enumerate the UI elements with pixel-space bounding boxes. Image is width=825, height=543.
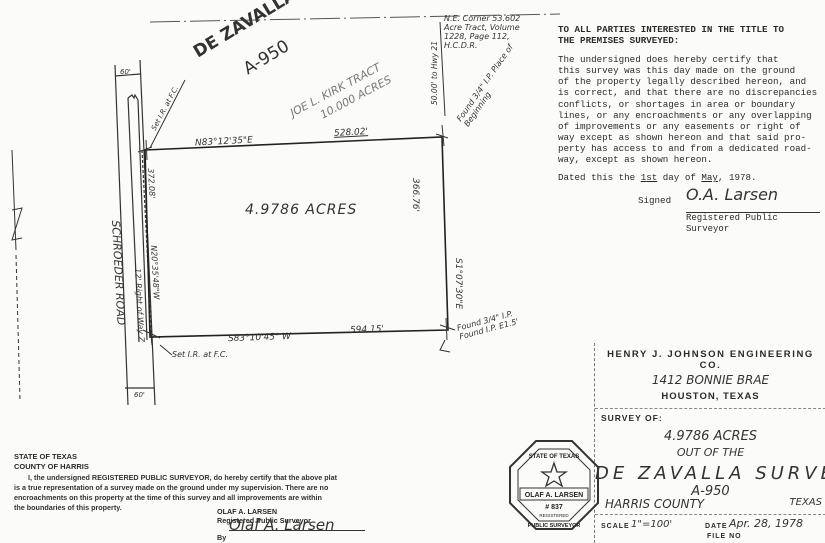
body-line: this survey was this day made on the gro…	[558, 65, 820, 76]
file-label: FILE NO	[707, 533, 742, 540]
sw-corner-note: Set I.R. at F.C.	[172, 350, 228, 359]
ne-note-line: N.E. Corner 53.602	[444, 14, 520, 23]
body-line: way, except as shown hereon.	[558, 154, 820, 165]
body-line: The undersigned does hereby certify that	[558, 54, 820, 65]
west-distance: 372.08'	[146, 168, 157, 199]
surveyor-name: OLAF A. LARSEN	[217, 507, 311, 516]
east-offset-note: 50.00' to Hwy 21	[430, 41, 439, 105]
dated-line: Dated this the 1st day of May, 1978.	[558, 172, 820, 183]
venue-county: COUNTY OF HARRIS	[14, 462, 89, 472]
seal-name: OLAF A. LARSEN	[525, 492, 583, 499]
scale-date-row: SCALE 1"=100' DATE Apr. 28, 1978 FILE NO	[595, 517, 825, 539]
certificate-body: The undersigned does hereby certify that…	[558, 54, 820, 165]
surveyor-seal: OLAF A. LARSEN # 837 STATE OF TEXAS REGI…	[506, 437, 602, 533]
state-name: TEXAS	[790, 497, 822, 508]
venue-state: STATE OF TEXAS	[14, 452, 89, 462]
dated-year: , 1978.	[718, 172, 757, 183]
venue: STATE OF TEXAS COUNTY OF HARRIS	[14, 452, 89, 472]
body-line: perty has access to and from a dedicated…	[558, 143, 820, 154]
body-line: of the property legally described hereon…	[558, 76, 820, 87]
body-line: conflicts, or shortages in area or bound…	[558, 99, 820, 110]
ne-note-line: Acre Tract, Volume	[444, 23, 520, 32]
county-name: HARRIS COUNTY	[605, 497, 704, 511]
firm-city: HOUSTON, TEXAS	[595, 391, 825, 402]
cert-line: I, the undersigned REGISTERED PUBLIC SUR…	[14, 473, 354, 483]
date-label: DATE	[705, 523, 728, 530]
survey-of-label: SURVEY OF:	[595, 413, 825, 423]
out-of-label: OUT OF THE	[595, 446, 825, 459]
signed-label: Signed	[638, 195, 671, 206]
road-width-top: 60'	[120, 68, 131, 76]
title-survey-name: DE ZAVALLA SURVEY	[595, 463, 825, 484]
cert-line: encroachments on this property at the ti…	[14, 493, 354, 503]
east-distance: 366.76'	[410, 178, 420, 212]
seal-number: # 837	[545, 504, 563, 511]
north-arrow-icon	[12, 150, 22, 400]
surveyor-signature-block: OLAF A. LARSEN Registered Public Surveyo…	[217, 507, 311, 542]
signature: O.A. Larsen	[686, 189, 778, 200]
heading-line: THE PREMISES SURVEYED:	[558, 35, 820, 46]
north-distance: 528.02'	[334, 127, 368, 139]
dated-prefix: Dated this the	[558, 172, 635, 183]
scale-value: 1"=100'	[631, 519, 672, 530]
body-line: is correct, and that there are no discre…	[558, 87, 820, 98]
dated-day-of: day of	[663, 172, 696, 183]
seal-top-text: STATE OF TEXAS	[529, 454, 579, 460]
date-value: Apr. 28, 1978	[729, 517, 803, 530]
heading-line: TO ALL PARTIES INTERESTED IN THE TITLE T…	[558, 24, 820, 35]
title-certificate: TO ALL PARTIES INTERESTED IN THE TITLE T…	[558, 24, 820, 221]
road-width-bottom: 60'	[134, 391, 145, 399]
south-distance: 594.15'	[350, 324, 384, 335]
east-bearing: S1°07'30"E	[453, 258, 463, 309]
body-line: lines, or any encroachments or any overl…	[558, 110, 820, 121]
star-icon	[542, 463, 566, 486]
signature-block: Signed O.A. Larsen Registered Public Sur…	[558, 195, 820, 221]
firm-name: HENRY J. JOHNSON ENGINEERING CO.	[595, 349, 825, 371]
cert-line: is a true representation of a survey mad…	[14, 483, 354, 493]
by-label: By	[217, 533, 226, 542]
body-line: of improvements or any easements or righ…	[558, 121, 820, 132]
dated-month: May	[701, 172, 718, 183]
seal-registered: REGISTERED	[539, 513, 569, 518]
surveyor-signature: Olaf A. Larsen	[229, 521, 365, 531]
area-label: 4.9786 ACRES	[245, 202, 357, 218]
dated-day-suffix: st	[646, 172, 657, 183]
parcel-boundary	[145, 137, 448, 337]
firm-address: 1412 BONNIE BRAE	[595, 373, 825, 387]
survey-acres: 4.9786 ACRES	[595, 429, 825, 444]
seal-bottom-text: PUBLIC SURVEYOR	[528, 523, 581, 529]
county-line: HARRIS COUNTY TEXAS	[595, 497, 825, 511]
title-block: HENRY J. JOHNSON ENGINEERING CO. 1412 BO…	[594, 343, 825, 543]
body-line: way except as shown hereon and that said…	[558, 132, 820, 143]
signature-caption: Registered Public Surveyor	[686, 212, 820, 235]
certificate-heading: TO ALL PARTIES INTERESTED IN THE TITLE T…	[558, 24, 820, 46]
scale-label: SCALE	[601, 523, 630, 530]
